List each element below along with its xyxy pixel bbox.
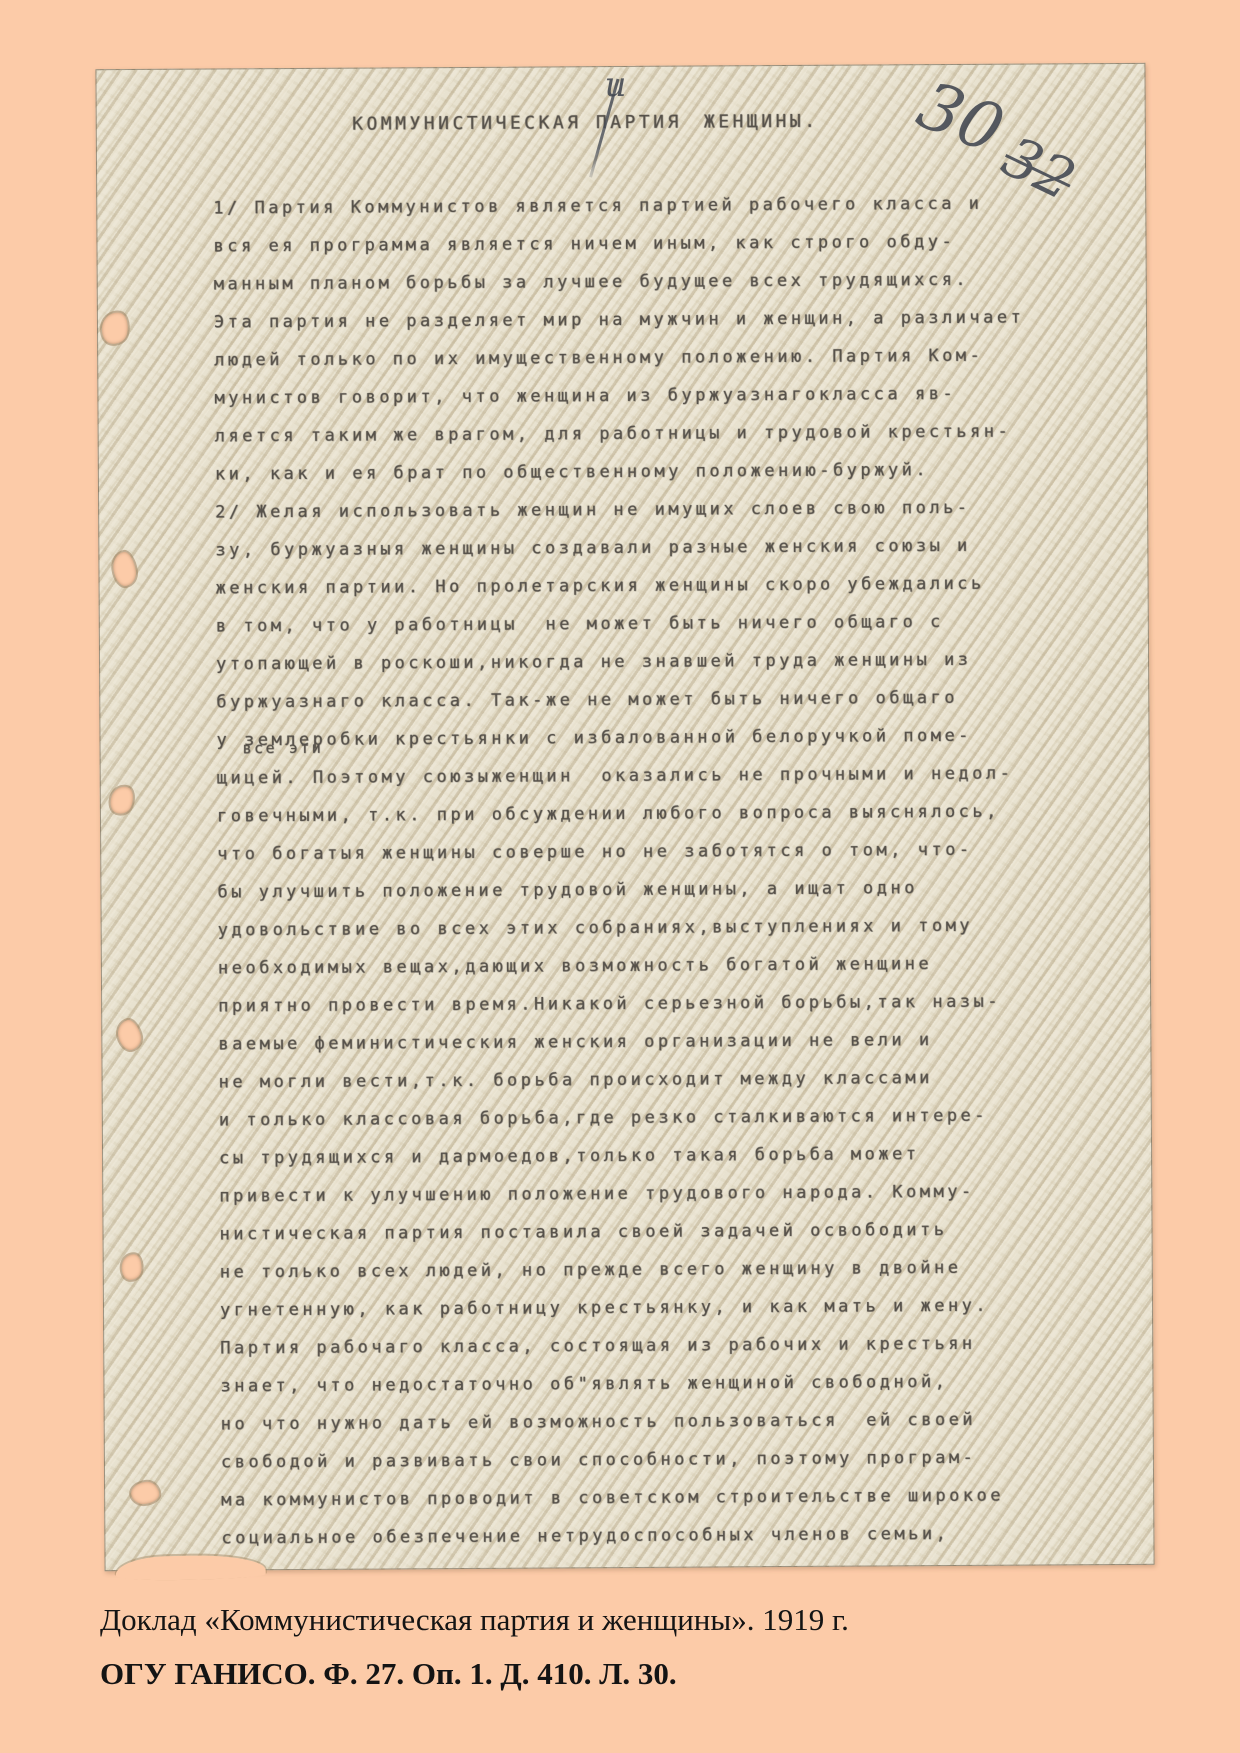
typed-line: вся ея программа является ничем иным, ка… [213,222,1093,265]
typed-line: в том, что у работницы не может быть нич… [216,602,1096,645]
typed-line: что богатыя женщины соверше но не заботя… [217,830,1097,873]
heading-part1: КОММУНИСТИЧЕСКАЯ ПАРТИЯ [352,112,682,135]
page: { "page": { "background_color": "#fccba8… [0,0,1240,1753]
typed-line: зу, буржуазныя женщины создавали разные … [215,526,1095,569]
typed-line: Партия рабочаго класса, состоящая из раб… [220,1324,1100,1367]
paper-hole [99,310,131,347]
heading-part2: ЖЕНЩИНЫ. [704,111,819,133]
typed-line: 1/ Партия Коммунистов является партией р… [213,184,1093,227]
typed-line: бы улучшить положение трудовой женщины, … [217,868,1097,911]
typed-line: привести к улучшению положение трудового… [219,1172,1099,1215]
paper-torn-notch [115,1554,266,1582]
typed-line: знает, что недостаточно об"являть женщин… [220,1362,1100,1405]
caption-title: Доклад «Коммунистическая партия и женщин… [100,1600,849,1640]
typed-line: ма коммунистов проводит в советском стро… [221,1476,1101,1519]
typed-line: угнетенную, как работницу крестьянку, и … [220,1286,1100,1329]
paper-hole [120,1253,143,1281]
typed-line: 2/ Желая использовать женщин не имущих с… [215,488,1095,531]
typed-line: утопающей в роскоши,никогда не знавшей т… [216,640,1096,683]
typed-line: свободой и развивать свои способности, п… [221,1438,1101,1481]
typed-line: социальное обезпечение нетрудоспособных … [221,1514,1101,1557]
typed-line: щицей. Поэтому союзыженщин оказались не … [217,754,1097,797]
document-heading: КОММУНИСТИЧЕСКАЯ ПАРТИЯЖЕНЩИНЫ. [295,90,819,156]
typed-line: женския партии. Но пролетарския женщины … [215,564,1095,607]
typed-line: мунистов говорит, что женщина из буржуаз… [214,374,1094,417]
typed-line: буржуазнаго класса. Так-же не может быть… [216,678,1096,721]
typed-line: Эта партия не разделяет мир на мужчин и … [214,298,1094,341]
typed-line: манным планом борьбы за лучшее будущее в… [214,260,1094,303]
typed-line: сы трудящихся и дармоедов,только такая б… [219,1134,1099,1177]
paper-hole [130,1481,160,1506]
typed-line: нистическая партия поставила своей задач… [219,1210,1099,1253]
paper-hole [111,551,138,588]
typed-line: не только всех людей, но прежде всего же… [220,1248,1100,1291]
typed-line: не могли вести,т.к. борьба происходит ме… [218,1058,1098,1101]
typed-line: но что нужно дать ей возможность пользов… [221,1400,1101,1443]
typed-line: и только классовая борьба,где резко стал… [219,1096,1099,1139]
typed-line: ляется таким же врагом, для работницы и … [215,412,1095,455]
paper-hole [107,783,137,817]
typed-line: людей только по их имущественному положе… [214,336,1094,379]
typed-line: у землеробки крестьянки с избалованной б… [216,716,1096,759]
interlinear-insert: все эти [243,739,324,757]
typed-line: необходимых вещах,дающих возможность бог… [218,944,1098,987]
typed-line: приятно провести время.Никакой серьезной… [218,982,1098,1025]
document-scan: КОММУНИСТИЧЕСКАЯ ПАРТИЯЖЕНЩИНЫ. и 30 32 … [95,63,1154,1571]
typed-line: ки, как и ея брат по общественному полож… [215,450,1095,493]
typed-line: ваемые феминистическия женския организац… [218,1020,1098,1063]
caption: Доклад «Коммунистическая партия и женщин… [100,1600,849,1694]
typed-line: удовольствие во всех этих собраниях,выст… [218,906,1098,949]
caption-citation: ОГУ ГАНИСО. Ф. 27. Оп. 1. Д. 410. Л. 30. [100,1654,849,1694]
handwritten-page-number-current: 30 [907,66,1013,169]
paper-hole [115,1018,144,1053]
typed-line: говечными, т.к. при обсуждении любого во… [217,792,1097,835]
typed-body: 1/ Партия Коммунистов является партией р… [213,184,1101,1557]
